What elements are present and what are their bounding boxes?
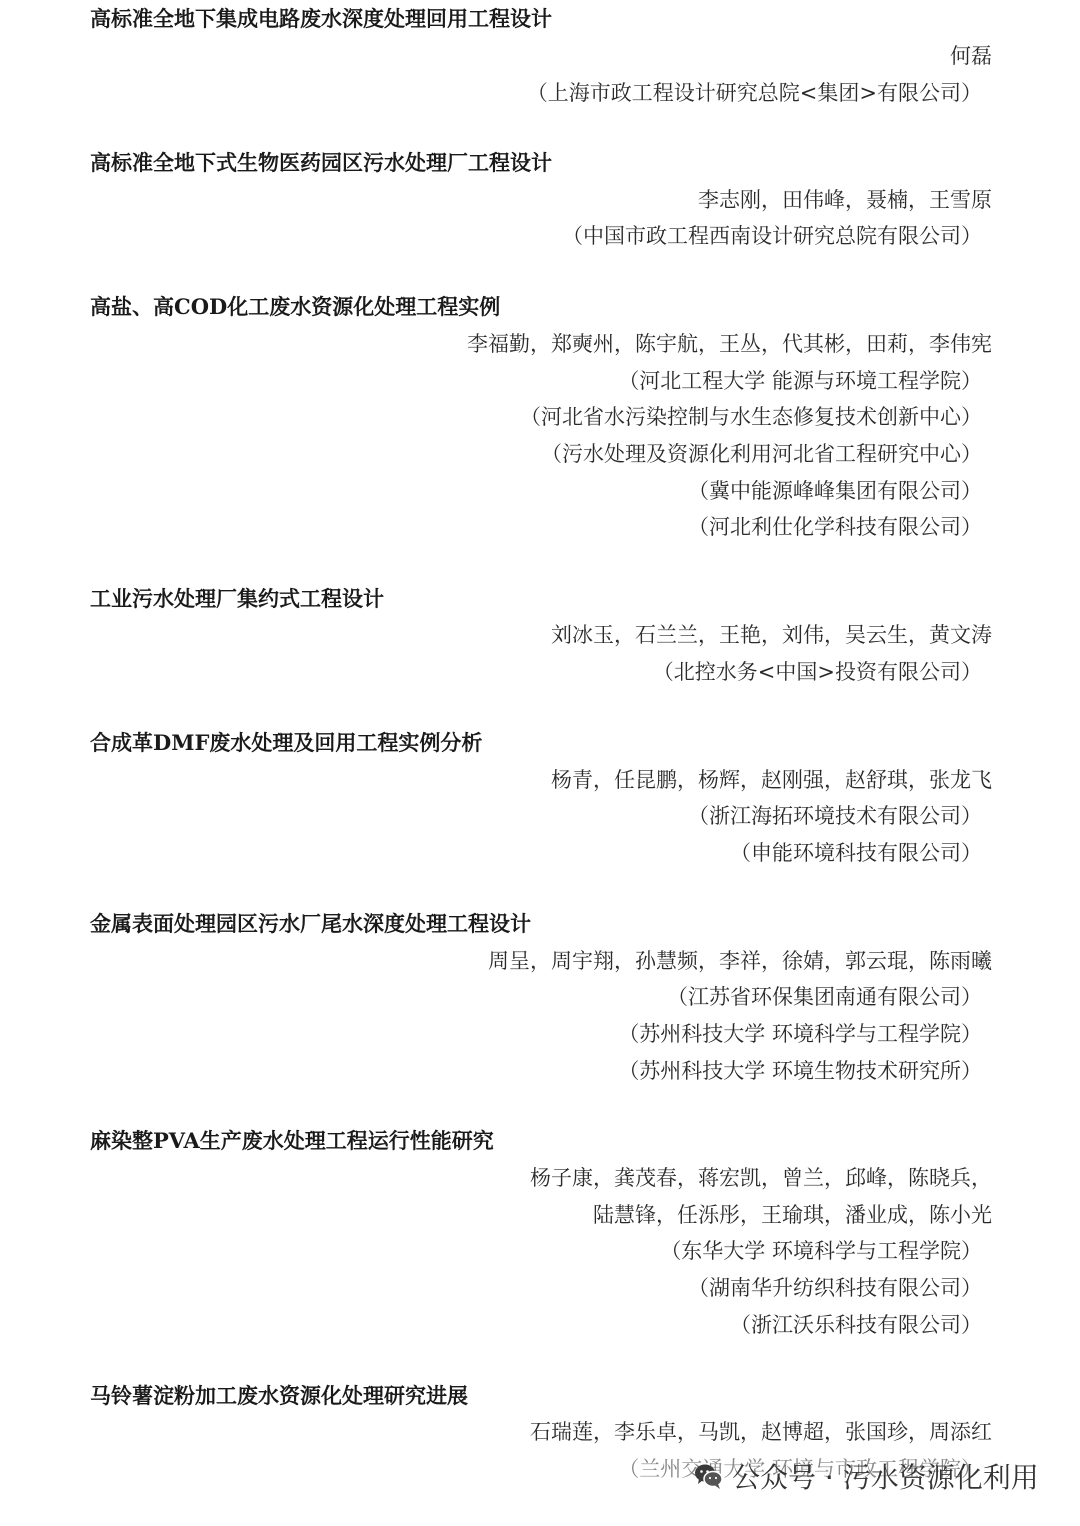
paper-affiliation: （河北利仕化学科技有限公司） [688, 513, 982, 541]
paper-title: 合成革DMF废水处理及回用工程实例分析 [90, 729, 482, 757]
paper-affiliation: （江苏省环保集团南通有限公司） [667, 983, 982, 1011]
document-page: 高标准全地下集成电路废水深度处理回用工程设计 何磊 （上海市政工程设计研究总院<… [0, 0, 1080, 1526]
paper-affiliation: （申能环境科技有限公司） [730, 839, 982, 867]
paper-affiliation: （河北工程大学 能源与环境工程学院） [618, 367, 982, 395]
paper-authors: 何磊 [950, 42, 992, 70]
paper-affiliation: （冀中能源峰峰集团有限公司） [688, 477, 982, 505]
paper-affiliation: （浙江沃乐科技有限公司） [730, 1311, 982, 1339]
paper-affiliation: （苏州科技大学 环境生物技术研究所） [618, 1057, 982, 1085]
paper-authors: 周呈，周宇翔，孙慧频，李祥，徐婧，郭云琨，陈雨曦 [488, 947, 992, 975]
watermark: 公众号 · 污水资源化利用 [694, 1456, 1039, 1496]
paper-authors: 杨子康，龚茂春，蒋宏凯，曾兰，邱峰，陈晓兵， [530, 1164, 992, 1192]
paper-title: 金属表面处理园区污水厂尾水深度处理工程设计 [90, 910, 531, 938]
paper-authors: 杨青，任昆鹏，杨辉，赵刚强，赵舒琪，张龙飞 [551, 766, 992, 794]
paper-authors: 陆慧锋，任泺彤，王瑜琪，潘业成，陈小光 [593, 1201, 992, 1229]
paper-affiliation: （污水处理及资源化利用河北省工程研究中心） [541, 440, 982, 468]
wechat-icon [694, 1461, 724, 1491]
paper-affiliation: （东华大学 环境科学与工程学院） [660, 1237, 982, 1265]
paper-title: 高标准全地下式生物医药园区污水处理厂工程设计 [90, 149, 552, 177]
paper-affiliation: （河北省水污染控制与水生态修复技术创新中心） [520, 403, 982, 431]
paper-title: 工业污水处理厂集约式工程设计 [90, 585, 384, 613]
paper-title: 高盐、高COD化工废水资源化处理工程实例 [90, 293, 500, 321]
paper-authors: 石瑞莲，李乐卓，马凯，赵博超，张国珍，周添红 [530, 1418, 992, 1446]
paper-affiliation: （中国市政工程西南设计研究总院有限公司） [562, 222, 982, 250]
paper-affiliation: （苏州科技大学 环境科学与工程学院） [618, 1020, 982, 1048]
paper-affiliation: （浙江海拓环境技术有限公司） [688, 802, 982, 830]
paper-title: 麻染整PVA生产废水处理工程运行性能研究 [90, 1127, 494, 1155]
paper-title: 马铃薯淀粉加工废水资源化处理研究进展 [90, 1382, 468, 1410]
paper-affiliation: （湖南华升纺织科技有限公司） [688, 1274, 982, 1302]
paper-affiliation: （北控水务<中国>投资有限公司） [653, 658, 982, 686]
paper-authors: 刘冰玉，石兰兰，王艳，刘伟，吴云生，黄文涛 [551, 621, 992, 649]
paper-title: 高标准全地下集成电路废水深度处理回用工程设计 [90, 5, 552, 33]
paper-authors: 李福勤，郑奭州，陈宇航，王丛，代其彬，田莉，李伟宪 [467, 330, 992, 358]
paper-authors: 李志刚，田伟峰，聂楠，王雪原 [698, 186, 992, 214]
paper-affiliation: （上海市政工程设计研究总院<集团>有限公司） [527, 79, 982, 107]
watermark-text: 公众号 · 污水资源化利用 [732, 1456, 1039, 1496]
